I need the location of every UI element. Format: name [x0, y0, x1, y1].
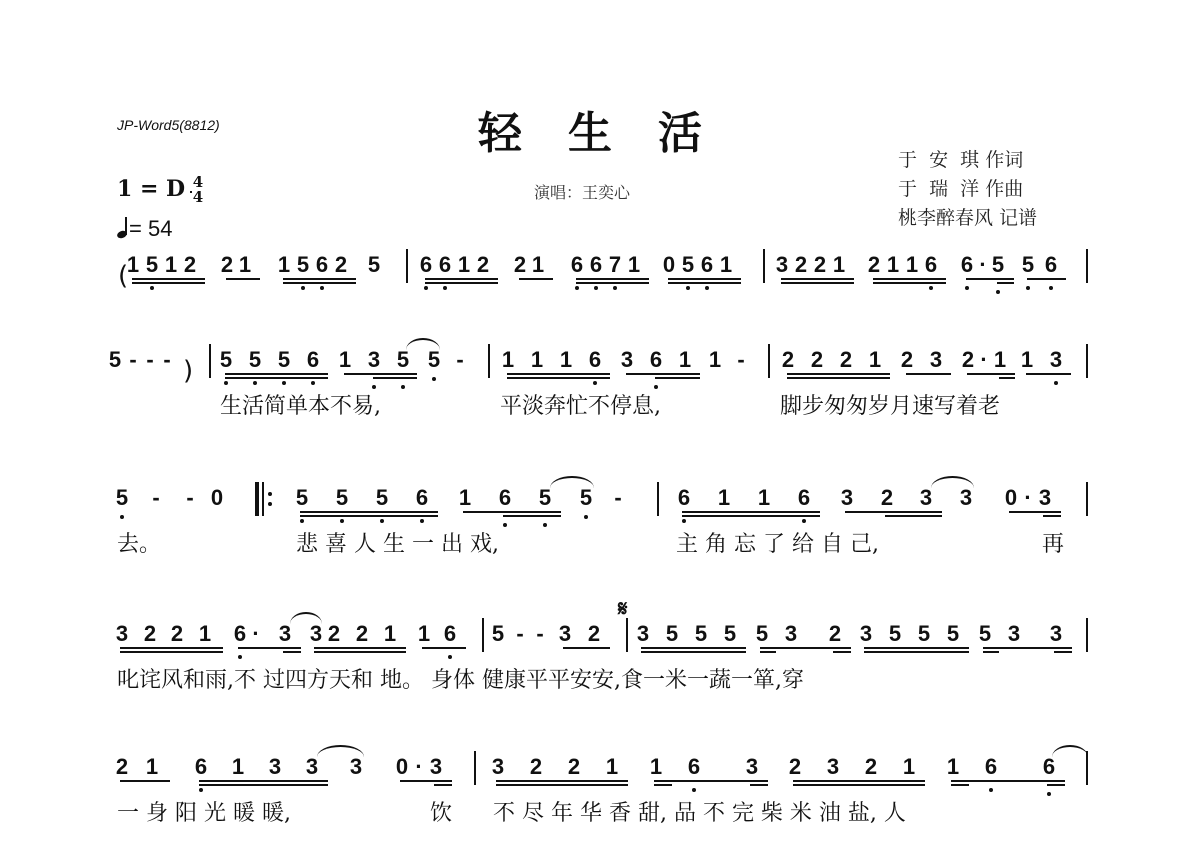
tie-slur: [290, 612, 322, 624]
jianpu-note: ·: [1021, 487, 1035, 509]
tie-slur: [931, 476, 974, 488]
jianpu-note: 2: [794, 254, 808, 276]
jianpu-note: 1: [238, 254, 252, 276]
jianpu-note: 3: [1007, 623, 1021, 645]
octave-dot-below: [253, 381, 257, 385]
jianpu-note: 6: [1044, 254, 1058, 276]
octave-dot-below: [432, 377, 436, 381]
jianpu-note: 3: [745, 756, 759, 778]
octave-dot-below: [613, 286, 617, 290]
jianpu-note: 1: [457, 254, 471, 276]
jianpu-note: -: [126, 349, 140, 371]
jianpu-note: 5: [296, 254, 310, 276]
octave-dot-below: [929, 286, 933, 290]
jianpu-note: 5: [681, 254, 695, 276]
octave-dot-below: [575, 286, 579, 290]
jianpu-note: 6: [315, 254, 329, 276]
jianpu-note: 6: [984, 756, 998, 778]
tie-slur: [317, 745, 364, 757]
jianpu-note: 2: [220, 254, 234, 276]
rhythm-underline: [781, 282, 854, 284]
rhythm-underline: [655, 373, 700, 375]
time-signature: 4 4: [190, 175, 206, 205]
rhythm-underline: [654, 784, 672, 786]
rhythm-underline: [507, 377, 610, 379]
jianpu-note: 6: [700, 254, 714, 276]
barline: [763, 249, 765, 283]
jianpu-note: 5: [978, 623, 992, 645]
jianpu-note: 1: [902, 756, 916, 778]
jianpu-note: 3: [1049, 349, 1063, 371]
tie-slur: [550, 476, 594, 488]
rhythm-underline: [576, 278, 649, 280]
jianpu-note: 3: [558, 623, 572, 645]
octave-dot-below: [150, 286, 154, 290]
octave-dot-below: [311, 381, 315, 385]
jianpu-note: 2: [355, 623, 369, 645]
rhythm-underline: [668, 282, 741, 284]
jianpu-note: 6: [194, 756, 208, 778]
jianpu-note: 5: [579, 487, 593, 509]
octave-dot-below: [989, 788, 993, 792]
rhythm-underline: [641, 651, 746, 653]
octave-dot-below: [584, 515, 588, 519]
jianpu-note: 5: [295, 487, 309, 509]
jianpu-note: 6: [589, 254, 603, 276]
jianpu-note: 1: [627, 254, 641, 276]
octave-dot-below: [1026, 286, 1030, 290]
transcriber-credit: 桃李醉春风 记谱: [898, 204, 1037, 233]
rhythm-underline: [425, 278, 498, 280]
jianpu-note: ·: [977, 349, 991, 371]
jianpu-note: 5: [115, 487, 129, 509]
jianpu-note: 5: [219, 349, 233, 371]
rhythm-underline: [906, 373, 951, 375]
jianpu-note: 2: [900, 349, 914, 371]
octave-dot-below: [654, 385, 658, 389]
jianpu-note: 3: [491, 756, 505, 778]
octave-dot-below: [120, 515, 124, 519]
jianpu-note: 1: [1020, 349, 1034, 371]
jianpu-note: 1: [501, 349, 515, 371]
octave-dot-below: [300, 519, 304, 523]
rhythm-underline: [507, 373, 610, 375]
jianpu-note: 1: [886, 254, 900, 276]
rhythm-underline: [833, 651, 851, 653]
rhythm-underline: [885, 515, 942, 517]
jianpu-note: 6: [588, 349, 602, 371]
jianpu-note: 1: [383, 623, 397, 645]
tempo-marking: = 54: [117, 216, 172, 242]
jianpu-note: 1: [605, 756, 619, 778]
jianpu-note: 3: [775, 254, 789, 276]
rhythm-underline: [787, 377, 890, 379]
jianpu-note: ·: [976, 254, 990, 276]
rhythm-underline: [750, 784, 768, 786]
jianpu-note: 1: [649, 756, 663, 778]
jianpu-note: 6: [1042, 756, 1056, 778]
jianpu-note: 5: [145, 254, 159, 276]
jianpu-note: 1: [905, 254, 919, 276]
jianpu-note: 2: [513, 254, 527, 276]
rhythm-underline: [885, 511, 942, 513]
rhythm-underline: [654, 780, 672, 782]
octave-dot-below: [594, 286, 598, 290]
parenthesis: ): [183, 356, 193, 386]
jianpu-note: 3: [429, 756, 443, 778]
rhythm-underline: [864, 651, 969, 653]
jianpu-note: ·: [249, 623, 263, 645]
jianpu-note: 2: [839, 349, 853, 371]
lyric-line: 叱诧风和雨,不 过四方天和 地。 身体 健康平平安安,食一米一蔬一箪,穿: [117, 669, 804, 693]
credits-block: 于 安 琪 作词 于 瑞 洋 作曲 桃李醉春风 记谱: [898, 146, 1037, 233]
jianpu-note: 3: [859, 623, 873, 645]
octave-dot-below: [1049, 286, 1053, 290]
rhythm-underline: [225, 377, 328, 379]
singer-credit: 演唱：王奕心: [534, 180, 630, 203]
jianpu-note: 3: [1038, 487, 1052, 509]
octave-dot-below: [282, 381, 286, 385]
octave-dot-below: [692, 788, 696, 792]
octave-dot-below: [401, 385, 405, 389]
barline: [1086, 618, 1088, 652]
jianpu-note: 6: [233, 623, 247, 645]
barline: [488, 344, 490, 378]
jianpu-note: 5: [991, 254, 1005, 276]
song-title: 轻生活: [478, 112, 748, 156]
rhythm-underline: [750, 780, 768, 782]
jianpu-note: -: [513, 623, 527, 645]
rhythm-underline: [951, 784, 969, 786]
jianpu-note: 6: [687, 756, 701, 778]
jianpu-note: 1: [458, 487, 472, 509]
jianpu-note: 3: [278, 623, 292, 645]
jianpu-note: 5: [277, 349, 291, 371]
lyric-line: 饮: [430, 802, 452, 826]
jianpu-note: 0: [662, 254, 676, 276]
rhythm-underline: [1043, 515, 1061, 517]
jianpu-note: 3: [959, 487, 973, 509]
jianpu-note: -: [453, 349, 467, 371]
octave-dot-below: [1047, 792, 1051, 796]
jianpu-note: 5: [396, 349, 410, 371]
jianpu-note: 2: [476, 254, 490, 276]
barline: [768, 344, 770, 378]
rhythm-underline: [1026, 373, 1071, 375]
barline: [1086, 249, 1088, 283]
rhythm-underline: [434, 780, 452, 782]
jianpu-note: 2: [327, 623, 341, 645]
rhythm-underline: [314, 647, 406, 649]
rhythm-underline: [781, 278, 854, 280]
octave-dot-below: [199, 788, 203, 792]
jianpu-note: 1: [708, 349, 722, 371]
repeat-dot: [268, 492, 272, 496]
tie-slur: [1052, 745, 1088, 757]
tempo-value: = 54: [129, 216, 172, 241]
rhythm-underline: [132, 278, 205, 280]
rhythm-underline: [425, 282, 498, 284]
rhythm-underline: [283, 651, 301, 653]
jianpu-note: ·: [412, 756, 426, 778]
rhythm-underline: [1047, 784, 1065, 786]
jianpu-note: -: [160, 349, 174, 371]
jianpu-note: 5: [108, 349, 122, 371]
jianpu-note: 1: [198, 623, 212, 645]
rhythm-underline: [576, 282, 649, 284]
octave-dot-below: [224, 381, 228, 385]
jianpu-note: 3: [826, 756, 840, 778]
composer-credit: 于 瑞 洋 作曲: [898, 175, 1037, 204]
jianpu-note: 1: [719, 254, 733, 276]
jianpu-note: 1: [277, 254, 291, 276]
jianpu-note: 7: [608, 254, 622, 276]
lyric-line: 去。: [117, 533, 161, 557]
rhythm-underline: [997, 278, 1014, 280]
jianpu-note: 2: [867, 254, 881, 276]
jianpu-note: 5: [427, 349, 441, 371]
lyric-line: 生活简单本不易,: [220, 395, 381, 419]
jianpu-note: 6: [960, 254, 974, 276]
jianpu-note: 6: [649, 349, 663, 371]
rhythm-underline: [951, 780, 969, 782]
rhythm-underline: [373, 373, 417, 375]
rhythm-underline: [1054, 651, 1072, 653]
octave-dot-below: [301, 286, 305, 290]
octave-dot-below: [340, 519, 344, 523]
barline: [1086, 344, 1088, 378]
jianpu-note: 1: [231, 756, 245, 778]
jianpu-note: 3: [919, 487, 933, 509]
rhythm-underline: [641, 647, 746, 649]
rhythm-underline: [496, 784, 628, 786]
jianpu-note: 3: [115, 623, 129, 645]
octave-dot-below: [424, 286, 428, 290]
jianpu-note: 2: [810, 349, 824, 371]
jianpu-note: -: [611, 487, 625, 509]
jianpu-note: 2: [334, 254, 348, 276]
jianpu-note: 6: [797, 487, 811, 509]
jianpu-note: 1: [993, 349, 1007, 371]
jianpu-note: 3: [636, 623, 650, 645]
rhythm-underline: [120, 647, 223, 649]
jianpu-note: 3: [367, 349, 381, 371]
lyric-line: 悲 喜 人 生 一 出 戏,: [296, 533, 499, 557]
jianpu-note: 1: [559, 349, 573, 371]
jianpu-note: 1: [946, 756, 960, 778]
lyric-line: 一 身 阳 光 暖 暖,: [117, 802, 291, 826]
octave-dot-below: [705, 286, 709, 290]
jianpu-note: 1: [832, 254, 846, 276]
rhythm-underline: [682, 515, 820, 517]
repeat-barline-thin: [262, 482, 264, 516]
jianpu-note: 1: [338, 349, 352, 371]
jianpu-note: 2: [143, 623, 157, 645]
jianpu-note: 3: [305, 756, 319, 778]
jianpu-note: -: [149, 487, 163, 509]
jianpu-note: 0: [1004, 487, 1018, 509]
rhythm-underline: [864, 647, 969, 649]
jianpu-note: 1: [757, 487, 771, 509]
jianpu-note: 2: [828, 623, 842, 645]
rhythm-underline: [422, 647, 466, 649]
jianpu-note: 0: [210, 487, 224, 509]
jianpu-note: 6: [570, 254, 584, 276]
octave-dot-below: [996, 290, 1000, 294]
rhythm-underline: [793, 784, 925, 786]
octave-dot-below: [448, 655, 452, 659]
jianpu-note: 1: [868, 349, 882, 371]
repeat-dot: [268, 502, 272, 506]
jianpu-note: 1: [531, 254, 545, 276]
jianpu-note: -: [734, 349, 748, 371]
octave-dot-below: [543, 523, 547, 527]
jianpu-note: 1: [145, 756, 159, 778]
rhythm-underline: [283, 278, 356, 280]
jianpu-note: 2: [864, 756, 878, 778]
jianpu-note: -: [533, 623, 547, 645]
jianpu-note: 2: [170, 623, 184, 645]
jianpu-note: 3: [840, 487, 854, 509]
rhythm-underline: [999, 377, 1015, 379]
rhythm-underline: [1027, 278, 1066, 280]
jianpu-note: 5: [888, 623, 902, 645]
jianpu-note: 2: [115, 756, 129, 778]
time-signature-bottom: 4: [190, 190, 206, 205]
rhythm-underline: [999, 373, 1015, 375]
rhythm-underline: [833, 647, 851, 649]
jianpu-note: 3: [309, 623, 323, 645]
jianpu-note: 6: [419, 254, 433, 276]
rhythm-underline: [199, 784, 328, 786]
jianpu-note: -: [143, 349, 157, 371]
jianpu-note: 2: [529, 756, 543, 778]
octave-dot-below: [682, 519, 686, 523]
jianpu-note: 1: [530, 349, 544, 371]
barline: [657, 482, 659, 516]
jianpu-note: 5: [335, 487, 349, 509]
rhythm-underline: [1047, 780, 1065, 782]
jianpu-note: 5: [917, 623, 931, 645]
time-signature-divider: [190, 191, 192, 193]
jianpu-note: 1: [164, 254, 178, 276]
rhythm-underline: [120, 651, 223, 653]
octave-dot-below: [443, 286, 447, 290]
jianpu-note: 2: [567, 756, 581, 778]
barline: [482, 618, 484, 652]
barline: [1086, 482, 1088, 516]
rhythm-underline: [283, 647, 301, 649]
lyric-line: 不 尽 年 华 香 甜, 品 不 完 柴 米 油 盐, 人: [493, 802, 906, 826]
jianpu-note: 5: [946, 623, 960, 645]
rhythm-underline: [314, 651, 406, 653]
software-watermark: JP-Word5(8812): [117, 117, 220, 133]
lyric-line: 脚步匆匆岁月速写着老: [780, 395, 1000, 419]
jianpu-note: 2: [781, 349, 795, 371]
jianpu-note: 3: [349, 756, 363, 778]
octave-dot-below: [686, 286, 690, 290]
jianpu-note: 6: [443, 623, 457, 645]
jianpu-note: 5: [491, 623, 505, 645]
jianpu-note: 6: [677, 487, 691, 509]
rhythm-underline: [225, 373, 328, 375]
jianpu-note: 6: [924, 254, 938, 276]
quarter-note-icon: [117, 216, 129, 238]
rhythm-underline: [668, 278, 741, 280]
jianpu-note: 3: [620, 349, 634, 371]
jianpu-note: -: [183, 487, 197, 509]
jianpu-note: 5: [755, 623, 769, 645]
rhythm-underline: [655, 377, 700, 379]
rhythm-underline: [503, 515, 561, 517]
octave-dot-below: [503, 523, 507, 527]
jianpu-note: 1: [717, 487, 731, 509]
rhythm-underline: [983, 651, 999, 653]
octave-dot-below: [593, 381, 597, 385]
jianpu-note: 5: [375, 487, 389, 509]
jianpu-note: 1: [678, 349, 692, 371]
jianpu-note: 3: [784, 623, 798, 645]
octave-dot-below: [965, 286, 969, 290]
octave-dot-below: [372, 385, 376, 389]
jianpu-note: 3: [1049, 623, 1063, 645]
rhythm-underline: [1043, 511, 1061, 513]
octave-dot-below: [380, 519, 384, 523]
jianpu-note: 5: [1021, 254, 1035, 276]
octave-dot-below: [420, 519, 424, 523]
rhythm-underline: [300, 511, 438, 513]
rhythm-underline: [132, 282, 205, 284]
jianpu-note: 5: [367, 254, 381, 276]
rhythm-underline: [496, 780, 628, 782]
jianpu-note: 2: [183, 254, 197, 276]
rhythm-underline: [503, 511, 561, 513]
jianpu-note: 2: [813, 254, 827, 276]
rhythm-underline: [1054, 647, 1072, 649]
lyricist-credit: 于 安 琪 作词: [898, 146, 1037, 175]
jianpu-note: 5: [538, 487, 552, 509]
octave-dot-below: [802, 519, 806, 523]
rhythm-underline: [997, 282, 1014, 284]
rhythm-underline: [682, 511, 820, 513]
rhythm-underline: [226, 278, 260, 280]
rhythm-underline: [434, 784, 452, 786]
segno-icon: 𝄋: [618, 596, 627, 622]
rhythm-underline: [120, 780, 170, 782]
barline: [474, 751, 476, 785]
rhythm-underline: [373, 377, 417, 379]
rhythm-underline: [873, 278, 946, 280]
lyric-line: 平淡奔忙不停息,: [500, 395, 661, 419]
rhythm-underline: [760, 647, 776, 649]
rhythm-underline: [519, 278, 553, 280]
barline: [209, 344, 211, 378]
jianpu-note: 0: [395, 756, 409, 778]
rhythm-underline: [199, 780, 328, 782]
key-signature: 1 = D: [117, 176, 185, 202]
rhythm-underline: [760, 651, 776, 653]
jianpu-note: 2: [788, 756, 802, 778]
jianpu-note: 5: [723, 623, 737, 645]
jianpu-note: 6: [415, 487, 429, 509]
octave-dot-below: [320, 286, 324, 290]
rhythm-underline: [983, 647, 999, 649]
jianpu-note: 3: [268, 756, 282, 778]
jianpu-note: 2: [961, 349, 975, 371]
barline: [406, 249, 408, 283]
rhythm-underline: [793, 780, 925, 782]
barline: [626, 618, 628, 652]
